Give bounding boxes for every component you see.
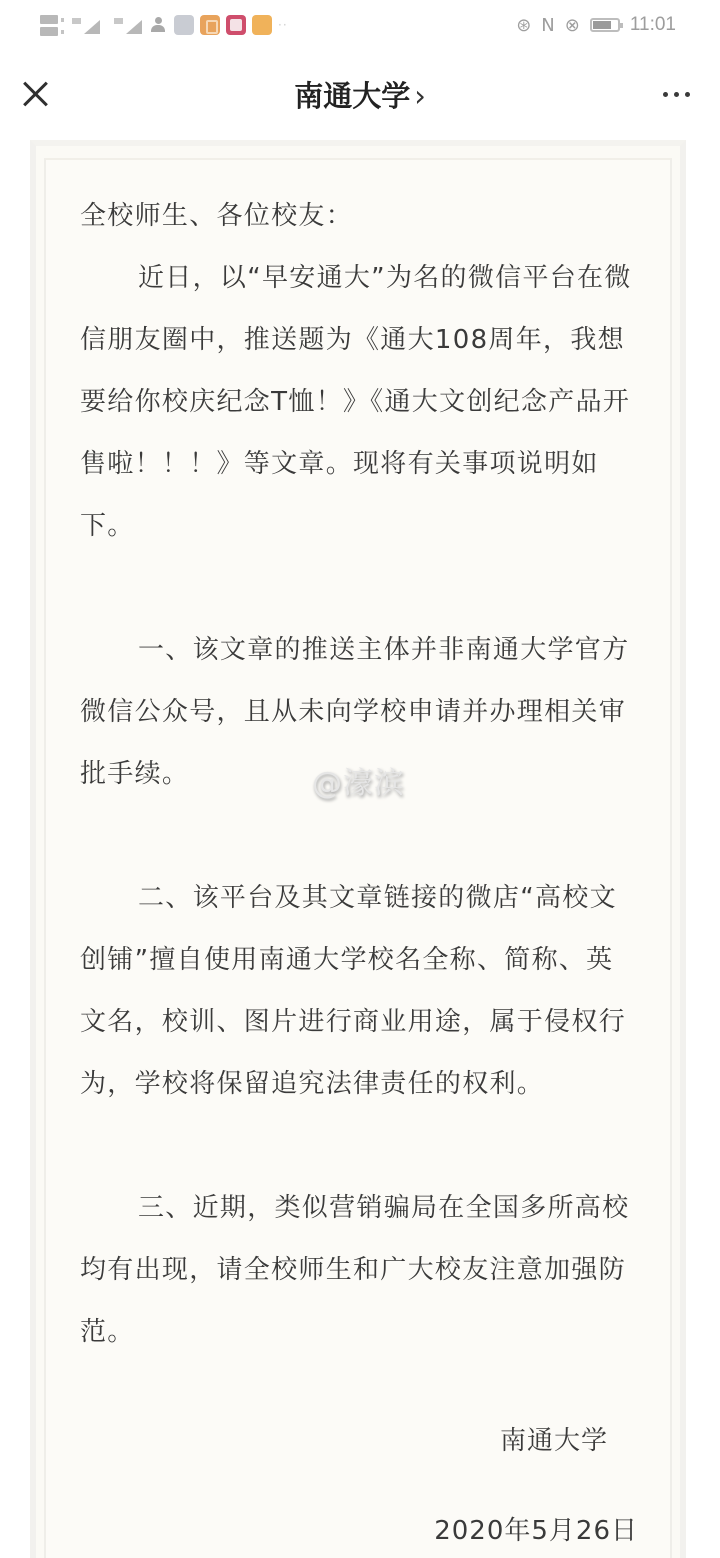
notification-overflow: ·· xyxy=(278,18,288,32)
signal-hd-icon xyxy=(114,16,142,34)
nav-bar: 南通大学› xyxy=(0,50,720,140)
watermark: @濠滨 xyxy=(312,758,405,802)
app-icon-red xyxy=(226,15,246,35)
status-bar: ·· ⊛ N ⊗ 11:01 xyxy=(0,0,720,50)
nfc-icon: N xyxy=(541,15,554,36)
article-signature: 南通大学 xyxy=(308,1420,608,1457)
article-point-2: 二、该平台及其文章链接的微店“高校文创铺”擅自使用南通大学校名全称、简称、英文名… xyxy=(80,867,640,1115)
article-intro: 近日，以“早安通大”为名的微信平台在微信朋友圈中，推送题为《通大108周年，我想… xyxy=(80,247,640,557)
article-date: 2020年5月26日 xyxy=(338,1510,638,1547)
more-icon[interactable] xyxy=(663,92,690,97)
article-greeting: 全校师生、各位校友： xyxy=(80,185,640,247)
app-icon-yellow xyxy=(252,15,272,35)
status-time: 11:01 xyxy=(630,14,676,36)
account-name: 南通大学 xyxy=(294,79,410,113)
status-left-icons: ·· xyxy=(40,8,288,42)
status-right-icons: ⊛ N ⊗ 11:01 xyxy=(516,10,676,40)
app-icon xyxy=(174,15,194,35)
sim-card-icon xyxy=(40,15,58,36)
vibrate-icon: ⊛ xyxy=(516,15,531,36)
chevron-right-icon: › xyxy=(414,79,426,113)
account-title-link[interactable]: 南通大学› xyxy=(0,74,720,115)
app-icon-orange xyxy=(200,15,220,35)
wifi-off-icon: ⊗ xyxy=(565,15,580,36)
battery-icon xyxy=(590,18,620,32)
person-icon xyxy=(150,17,168,33)
signal-hd-icon xyxy=(72,16,100,34)
article-point-3: 三、近期，类似营销骗局在全国多所高校均有出现，请全校师生和广大校友注意加强防范。 xyxy=(80,1177,640,1363)
